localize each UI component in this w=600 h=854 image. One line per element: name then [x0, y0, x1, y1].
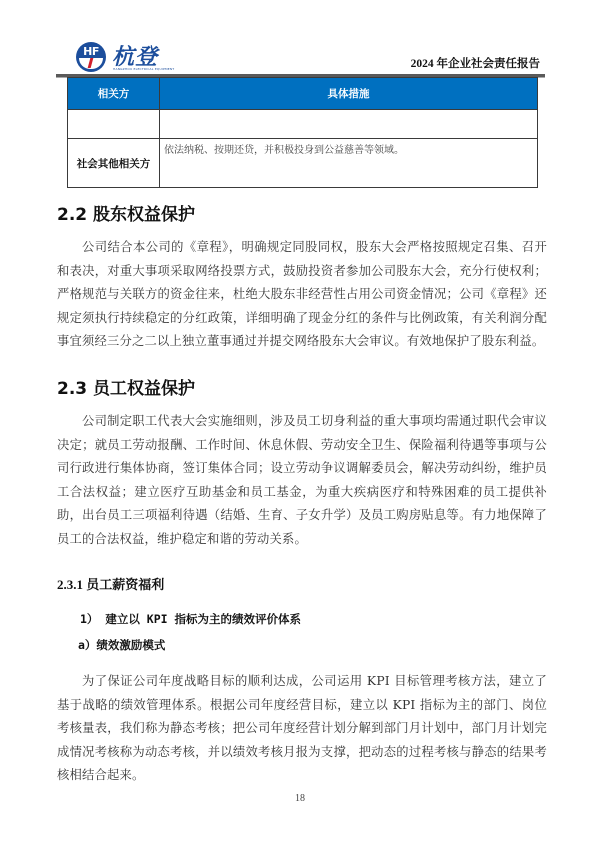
- cell-party: 社会其他相关方: [68, 139, 160, 188]
- cell-measures: 依法纳税、按期还贷，并积极投身到公益慈善等领域。: [160, 139, 538, 188]
- logo-mark-icon: HF: [76, 42, 106, 72]
- table-row: [68, 110, 538, 139]
- section-paragraph-2-3: 公司制定职工代表大会实施细则，涉及员工切身利益的重大事项均需通过职代会审议决定；…: [57, 410, 547, 551]
- report-title: 2024 年企业社会责任报告: [411, 55, 540, 71]
- column-header-party: 相关方: [68, 78, 160, 110]
- subheading-kpi-system: 1） 建立以 KPI 指标为主的绩效评价体系: [80, 611, 301, 627]
- section-paragraph-2-2: 公司结合本公司的《章程》，明确规定同股同权，股东大会严格按照规定召集、召开和表决…: [57, 236, 547, 354]
- company-logo: HF 杭登 HANGZHOU ELECTRICAL EQUIPMENT: [76, 40, 166, 74]
- section-paragraph-2-3-1: 为了保证公司年度战略目标的顺利达成，公司运用 KPI 目标管理考核方法，建立了基…: [57, 670, 547, 788]
- column-header-measures: 具体措施: [160, 78, 538, 110]
- logo-subtitle: HANGZHOU ELECTRICAL EQUIPMENT: [113, 67, 174, 71]
- stakeholder-table: 相关方 具体措施 社会其他相关方 依法纳税、按期还贷，并积极投身到公益慈善等领域…: [67, 77, 538, 188]
- table-row: 社会其他相关方 依法纳税、按期还贷，并积极投身到公益慈善等领域。: [68, 139, 538, 188]
- page-number: 18: [0, 793, 600, 804]
- cell-measures: [160, 110, 538, 139]
- logo-mark-text: HF: [76, 45, 106, 58]
- subheading-performance-incentive: a）绩效激励模式: [78, 637, 165, 653]
- section-title-2-2: 2.2 股东权益保护: [57, 200, 195, 225]
- section-title-2-3-1: 2.3.1 员工薪资福利: [57, 574, 164, 593]
- section-title-2-3: 2.3 员工权益保护: [57, 374, 195, 399]
- table-header-row: 相关方 具体措施: [68, 78, 538, 110]
- cell-party: [68, 110, 160, 139]
